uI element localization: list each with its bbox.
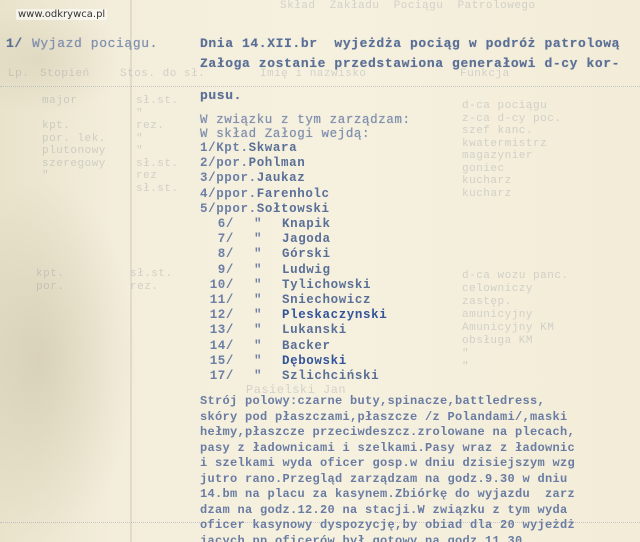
crew-list-item: 4/ppor.Farenholc bbox=[200, 187, 330, 201]
crew-rank: ppor. bbox=[216, 202, 257, 216]
crew-rank: Kpt. bbox=[216, 141, 248, 155]
crew-list-item: 2/por.Pohlman bbox=[200, 156, 305, 170]
ghost-function: " bbox=[462, 348, 469, 360]
crew-name: Jagoda bbox=[282, 232, 331, 246]
crew-rank: " bbox=[234, 278, 282, 292]
crew-number: 7/ bbox=[200, 232, 234, 246]
instruction-line: dzam na godz.12.20 na stacji.W związku z… bbox=[200, 503, 640, 519]
ghost-status: sł.st. bbox=[130, 268, 173, 280]
instruction-line: pasy z ładownicami i szelkami.Pasy wraz … bbox=[200, 441, 640, 457]
crew-rank: " bbox=[234, 232, 282, 246]
crew-list-item: 13/"Lukanski bbox=[200, 323, 347, 337]
instruction-line: hełmy,płaszcze przeciwdeszcz.zrolowane n… bbox=[200, 425, 640, 441]
section-line-3: pusu. bbox=[200, 88, 242, 103]
crew-list-item: 3/ppor.Jaukaz bbox=[200, 171, 305, 185]
crew-name: Pohlman bbox=[249, 156, 306, 170]
crew-list-item: 11/"Sniechowicz bbox=[200, 293, 371, 307]
crew-list-item: 8/"Górski bbox=[200, 247, 331, 261]
crew-rank: " bbox=[234, 308, 282, 322]
crew-name: Sniechowicz bbox=[282, 293, 371, 307]
crew-name: Backer bbox=[282, 339, 331, 353]
ghost-function: kucharz bbox=[462, 188, 512, 200]
crew-name: Dębowski bbox=[282, 354, 347, 368]
crew-name: Górski bbox=[282, 247, 331, 261]
intro-line-1: W związku z tym zarządzam: bbox=[200, 113, 411, 127]
crew-number: 2/ bbox=[200, 156, 216, 170]
ghost-function: kwatermistrz bbox=[462, 138, 547, 150]
ghost-status: rez. bbox=[136, 120, 164, 132]
instruction-line: 14.bm na placu za kasynem.Zbiórkę do wyj… bbox=[200, 487, 640, 503]
crew-name: Szlichciński bbox=[282, 369, 379, 383]
section-number: 1/ bbox=[6, 36, 23, 51]
crew-rank: " bbox=[234, 369, 282, 383]
crew-number: 17/ bbox=[200, 369, 234, 383]
instruction-line: jutro rano.Przegląd zarządzam na godz.9.… bbox=[200, 472, 640, 488]
intro-line-2: W skład Załogi wejdą: bbox=[200, 127, 370, 141]
instruction-line: i szelkami wyda oficer gosp.w dniu dzisi… bbox=[200, 456, 640, 472]
crew-list-item: 5/ppor.Sołtowski bbox=[200, 202, 330, 216]
ghost-function: zastęp. bbox=[462, 296, 512, 308]
instruction-line: skóry pod płaszczami,płaszcze /z Polanda… bbox=[200, 410, 640, 426]
ghost-rank: por. bbox=[36, 281, 64, 293]
crew-list-item: 15/"Dębowski bbox=[200, 354, 347, 368]
ghost-function: szef kanc. bbox=[462, 125, 533, 137]
ghost-status: sł.st. bbox=[136, 183, 179, 195]
ghost-status: rez. bbox=[130, 281, 158, 293]
crew-rank: por. bbox=[216, 156, 248, 170]
crew-rank: " bbox=[234, 293, 282, 307]
crew-name: Tylichowski bbox=[282, 278, 371, 292]
ghost-status: " bbox=[136, 108, 143, 120]
instruction-line: jących pp oficerów był gotowy na godz.11… bbox=[200, 534, 640, 542]
ghost-function: " bbox=[462, 361, 469, 373]
ghost-status: " bbox=[136, 145, 143, 157]
instruction-line: oficer kasynowy dyspozycję,by obiad dla … bbox=[200, 518, 640, 534]
ghost-rank: plutonowy bbox=[42, 145, 106, 157]
crew-number: 9/ bbox=[200, 263, 234, 277]
ghost-function: amunicyjny bbox=[462, 309, 533, 321]
crew-list-item: 12/"Pleskaczynski bbox=[200, 308, 387, 322]
crew-list-item: 17/"Szlichciński bbox=[200, 369, 379, 383]
crew-rank: " bbox=[234, 323, 282, 337]
crew-name: Pleskaczynski bbox=[282, 308, 387, 322]
section-line-2: Załoga zostanie przedstawiona generałowi… bbox=[200, 56, 620, 71]
section-line-1: Dnia 14.XII.br wyjeżdża pociąg w podróż … bbox=[200, 36, 620, 51]
ghost-function: d-ca wozu panc. bbox=[462, 270, 569, 282]
ghost-rank: major bbox=[42, 95, 78, 107]
ghost-status: sł.st. bbox=[136, 158, 179, 170]
crew-list-item: 10/"Tylichowski bbox=[200, 278, 371, 292]
crew-rank: ppor. bbox=[216, 171, 257, 185]
crew-list-item: 6/"Knapik bbox=[200, 217, 331, 231]
ghost-function: celowniczy bbox=[462, 283, 533, 295]
crew-number: 15/ bbox=[200, 354, 234, 368]
crew-name: Skwara bbox=[249, 141, 298, 155]
crew-name: Sołtowski bbox=[257, 202, 330, 216]
crew-rank: " bbox=[234, 217, 282, 231]
ghost-function: kucharz bbox=[462, 175, 512, 187]
crew-number: 1/ bbox=[200, 141, 216, 155]
crew-name: Farenholc bbox=[257, 187, 330, 201]
crew-number: 3/ bbox=[200, 171, 216, 185]
crew-number: 6/ bbox=[200, 217, 234, 231]
ghost-function: obsługa KM bbox=[462, 335, 533, 347]
crew-number: 11/ bbox=[200, 293, 234, 307]
ghost-function: z-ca d-cy poc. bbox=[462, 113, 561, 125]
section-title: Wyjazd pociągu. bbox=[32, 36, 158, 51]
crew-name: Lukanski bbox=[282, 323, 347, 337]
ghost-function: d-ca pociągu bbox=[462, 100, 547, 112]
crew-list-item: 14/"Backer bbox=[200, 339, 331, 353]
crew-rank: " bbox=[234, 263, 282, 277]
ghost-function: Amunicyjny KM bbox=[462, 322, 554, 334]
crew-number: 5/ bbox=[200, 202, 216, 216]
instruction-line: Strój polowy:czarne buty,spinacze,battle… bbox=[200, 394, 640, 410]
crew-list-item: 1/Kpt.Skwara bbox=[200, 141, 297, 155]
crew-name: Ludwig bbox=[282, 263, 331, 277]
crew-rank: " bbox=[234, 354, 282, 368]
crew-name: Knapik bbox=[282, 217, 331, 231]
crew-list-item: 9/"Ludwig bbox=[200, 263, 331, 277]
crew-number: 4/ bbox=[200, 187, 216, 201]
ghost-rank: " bbox=[42, 170, 49, 182]
ghost-function: goniec bbox=[462, 163, 505, 175]
ghost-status: rez bbox=[136, 170, 157, 182]
crew-number: 8/ bbox=[200, 247, 234, 261]
crew-name: Jaukaz bbox=[257, 171, 306, 185]
crew-number: 13/ bbox=[200, 323, 234, 337]
crew-rank: " bbox=[234, 247, 282, 261]
site-watermark: www.odkrywca.pl bbox=[16, 9, 107, 20]
crew-number: 10/ bbox=[200, 278, 234, 292]
ghost-status: sł.st. bbox=[136, 95, 179, 107]
ghost-rank: por. lek. bbox=[42, 133, 106, 145]
crew-number: 14/ bbox=[200, 339, 234, 353]
crew-rank: ppor. bbox=[216, 187, 257, 201]
ghost-header-top: Skład Zakładu Pociągu Patrolowego bbox=[280, 0, 536, 12]
ghost-rank: kpt. bbox=[42, 120, 70, 132]
ghost-rank: szeregowy bbox=[42, 158, 106, 170]
ghost-status: " bbox=[136, 133, 143, 145]
instructions-paragraph: Strój polowy:czarne buty,spinacze,battle… bbox=[200, 394, 640, 542]
ghost-function: magazynier bbox=[462, 150, 533, 162]
ghost-table-rule bbox=[0, 86, 640, 88]
crew-number: 12/ bbox=[200, 308, 234, 322]
crew-list-item: 7/"Jagoda bbox=[200, 232, 331, 246]
ghost-rank: kpt. bbox=[36, 268, 64, 280]
crew-rank: " bbox=[234, 339, 282, 353]
